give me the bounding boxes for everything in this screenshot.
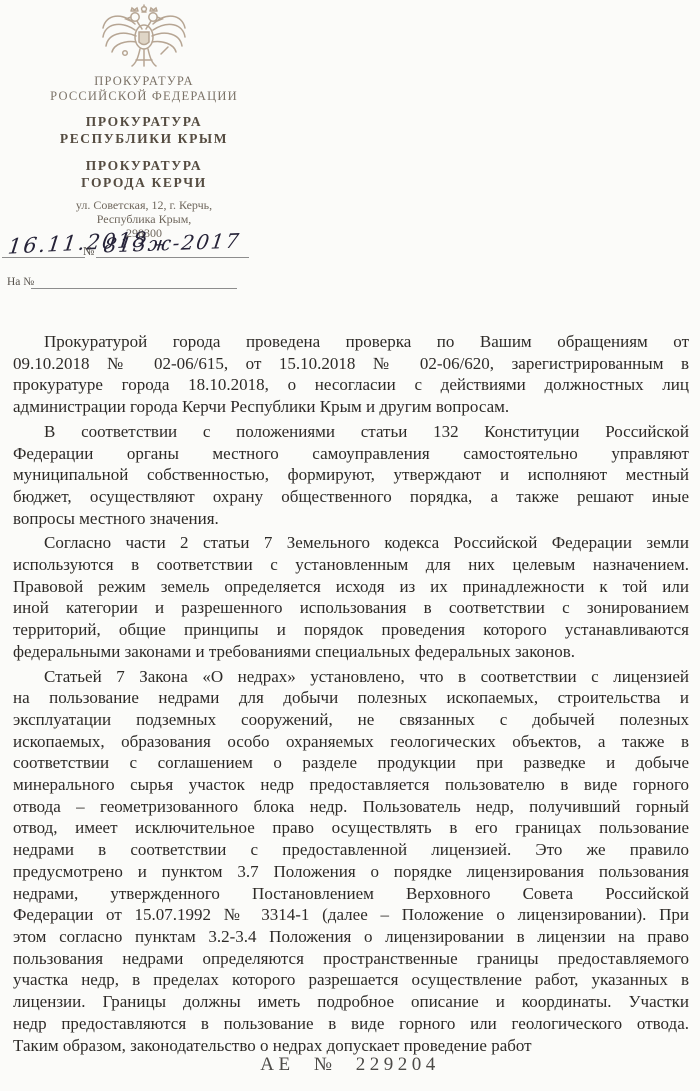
body-line: этом согласно пунктам 3.2-3.4 Положения … [13, 926, 689, 948]
paragraph: Статьей 7 Закона «О недрах» установлено,… [13, 666, 689, 1057]
form-serial-number: АЕ № 229204 [0, 1054, 700, 1076]
body-line: отвод, имеет исключительное право осущес… [13, 817, 689, 839]
paragraph: Прокуратурой города проведена проверка п… [13, 331, 689, 418]
paragraph: В соответствии с положениями статьи 132 … [13, 421, 689, 530]
body-line: прокуратуре города 18.10.2018, о несогла… [13, 374, 689, 396]
coat-of-arms-icon [98, 4, 190, 70]
body-line: недрами в соответствии с предоставленной… [13, 839, 689, 861]
body-line: пользования недрами определяются простра… [13, 948, 689, 970]
body-line: Таким образом, законодательство о недрах… [13, 1035, 689, 1057]
body-line: 09.10.2018 № 02-06/615, от 15.10.2018 № … [13, 353, 689, 375]
body-line: Статьей 7 Закона «О недрах» установлено,… [13, 666, 689, 688]
body-line: недрами, утвержденного Постановлением Ве… [13, 883, 689, 905]
number-label: № [83, 244, 94, 259]
body-line: бюджет, осуществляют охрану общественног… [13, 486, 689, 508]
body-line: федеральными законами и требованиями спе… [13, 641, 689, 663]
body-line: лицензии. Границы должны иметь подробное… [13, 991, 689, 1013]
body-line: муниципальной собственностью, формируют,… [13, 464, 689, 486]
reply-number-underline [31, 288, 237, 289]
body-line: Федерации органы местного самоуправления… [13, 443, 689, 465]
body-line: предусмотрено и пунктом 3.7 Положения о … [13, 861, 689, 883]
body-line: соответствии с соглашением о разделе про… [13, 752, 689, 774]
body-line: отвода – геометризованного блока недр. П… [13, 796, 689, 818]
reply-to-number-label: На № [7, 276, 34, 288]
body-line: В соответствии с положениями статьи 132 … [13, 421, 689, 443]
body-line: администрации города Керчи Республики Кр… [13, 396, 689, 418]
handwritten-outgoing-number: 813ж-2017 [102, 229, 242, 258]
body-line: иной категории и разрешенного использова… [13, 597, 689, 619]
body-line: территорий, общие принципы и порядок про… [13, 619, 689, 641]
body-line: участка недр, в пределах которого разреш… [13, 969, 689, 991]
letter-body: Прокуратурой города проведена проверка п… [13, 331, 689, 1059]
body-line: на пользование недрами для добычи полезн… [13, 687, 689, 709]
body-line: Правовой режим земель определяется исход… [13, 576, 689, 598]
regional-org-name: ПРОКУРАТУРА РЕСПУБЛИКИ КРЫМ [30, 114, 258, 147]
letterhead: ПРОКУРАТУРА РОССИЙСКОЙ ФЕДЕРАЦИИ ПРОКУРА… [30, 2, 258, 240]
body-line: вопросы местного значения. [13, 508, 689, 530]
body-line: недр предоставляются в пользование в вид… [13, 1013, 689, 1035]
body-line: используются в соответствии с установлен… [13, 554, 689, 576]
body-line: эксплуатации подземных сооружений, не св… [13, 709, 689, 731]
body-line: ископаемых, образования особо охраняемых… [13, 731, 689, 753]
body-line: Прокуратурой города проведена проверка п… [13, 331, 689, 353]
parent-org-name: ПРОКУРАТУРА РОССИЙСКОЙ ФЕДЕРАЦИИ [30, 74, 258, 103]
body-line: минерального сырья участок недр предоста… [13, 774, 689, 796]
paragraph: Согласно части 2 статьи 7 Земельного код… [13, 532, 689, 662]
body-line: Согласно части 2 статьи 7 Земельного код… [13, 532, 689, 554]
number-underline [96, 257, 249, 258]
date-underline [2, 257, 85, 258]
city-org-name: ПРОКУРАТУРА ГОРОДА КЕРЧИ [30, 158, 258, 191]
body-line: Федерации от 15.07.1992 № 3314-1 (далее … [13, 904, 689, 926]
scanned-letter-page: ПРОКУРАТУРА РОССИЙСКОЙ ФЕДЕРАЦИИ ПРОКУРА… [0, 0, 700, 1091]
